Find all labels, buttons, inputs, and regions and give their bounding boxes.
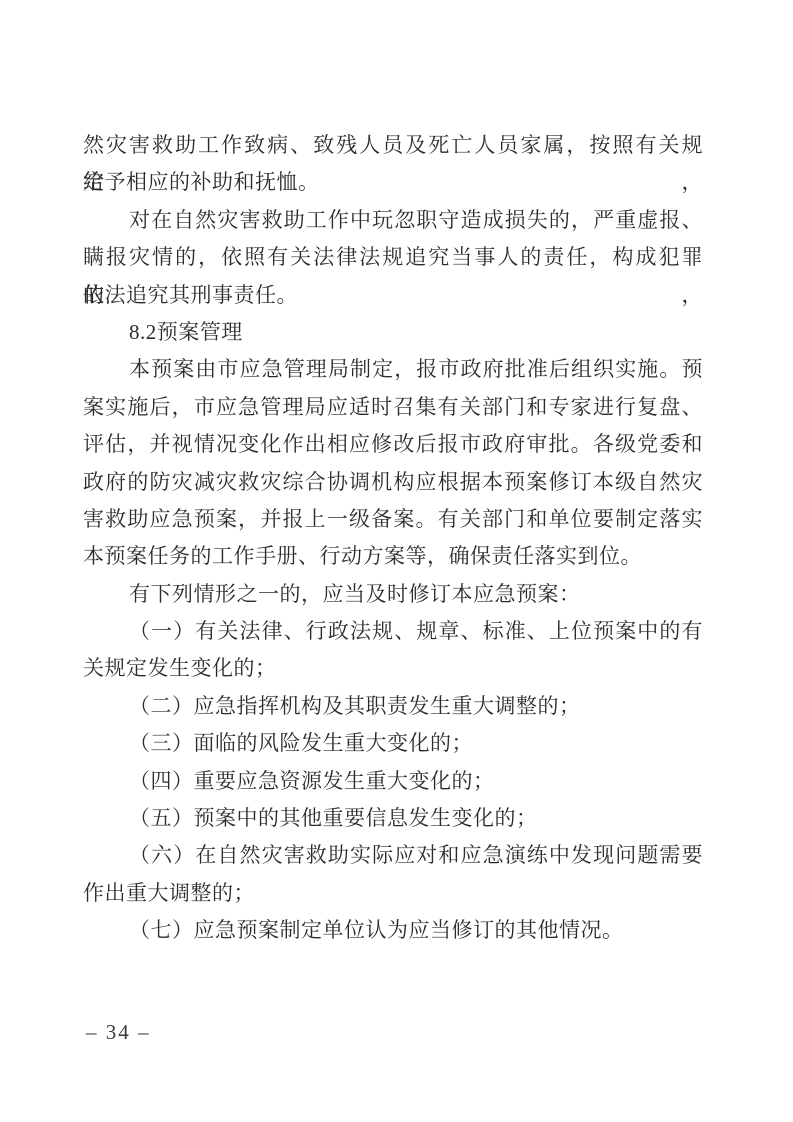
list-item-5: （五）预案中的其他重要信息发生变化的；	[83, 800, 703, 837]
document-page: 然灾害救助工作致病、致残人员及死亡人员家属，按照有关规定， 给予相应的补助和抚恤…	[0, 0, 793, 1122]
list-item-2: （二）应急指挥机构及其职责发生重大调整的；	[83, 688, 703, 725]
text-line: 本预案由市应急管理局制定，报市政府批准后组织实施。预	[83, 351, 703, 388]
text-line: 害救助应急预案，并报上一级备案。有关部门和单位要制定落实	[83, 501, 703, 538]
list-item-6: （六）在自然灾害救助实际应对和应急演练中发现问题需要	[83, 837, 703, 874]
list-item-1-continuation: 关规定发生变化的；	[83, 650, 703, 687]
section-heading-8-2: 8.2预案管理	[83, 314, 703, 351]
list-item-4: （四）重要应急资源发生重大变化的；	[83, 763, 703, 800]
list-item-6-continuation: 作出重大调整的；	[83, 875, 703, 912]
document-body: 然灾害救助工作致病、致残人员及死亡人员家属，按照有关规定， 给予相应的补助和抚恤…	[83, 127, 703, 950]
text-line: 政府的防灾减灾救灾综合协调机构应根据本预案修订本级自然灾	[83, 464, 703, 501]
page-number: – 34 –	[86, 1017, 151, 1047]
text-line: 评估，并视情况变化作出相应修改后报市政府审批。各级党委和	[83, 426, 703, 463]
text-line: 本预案任务的工作手册、行动方案等，确保责任落实到位。	[83, 538, 703, 575]
text-line: 有下列情形之一的，应当及时修订本应急预案：	[83, 576, 703, 613]
list-item-3: （三）面临的风险发生重大变化的；	[83, 725, 703, 762]
list-item-1: （一）有关法律、行政法规、规章、标准、上位预案中的有	[83, 613, 703, 650]
text-line: 案实施后，市应急管理局应适时召集有关部门和专家进行复盘、	[83, 389, 703, 426]
list-item-7: （七）应急预案制定单位认为应当修订的其他情况。	[83, 912, 703, 949]
text-line: 然灾害救助工作致病、致残人员及死亡人员家属，按照有关规定，	[83, 127, 703, 164]
text-line: 瞒报灾情的，依照有关法律法规追究当事人的责任，构成犯罪的，	[83, 239, 703, 276]
text-line: 对在自然灾害救助工作中玩忽职守造成损失的，严重虚报、	[83, 202, 703, 239]
